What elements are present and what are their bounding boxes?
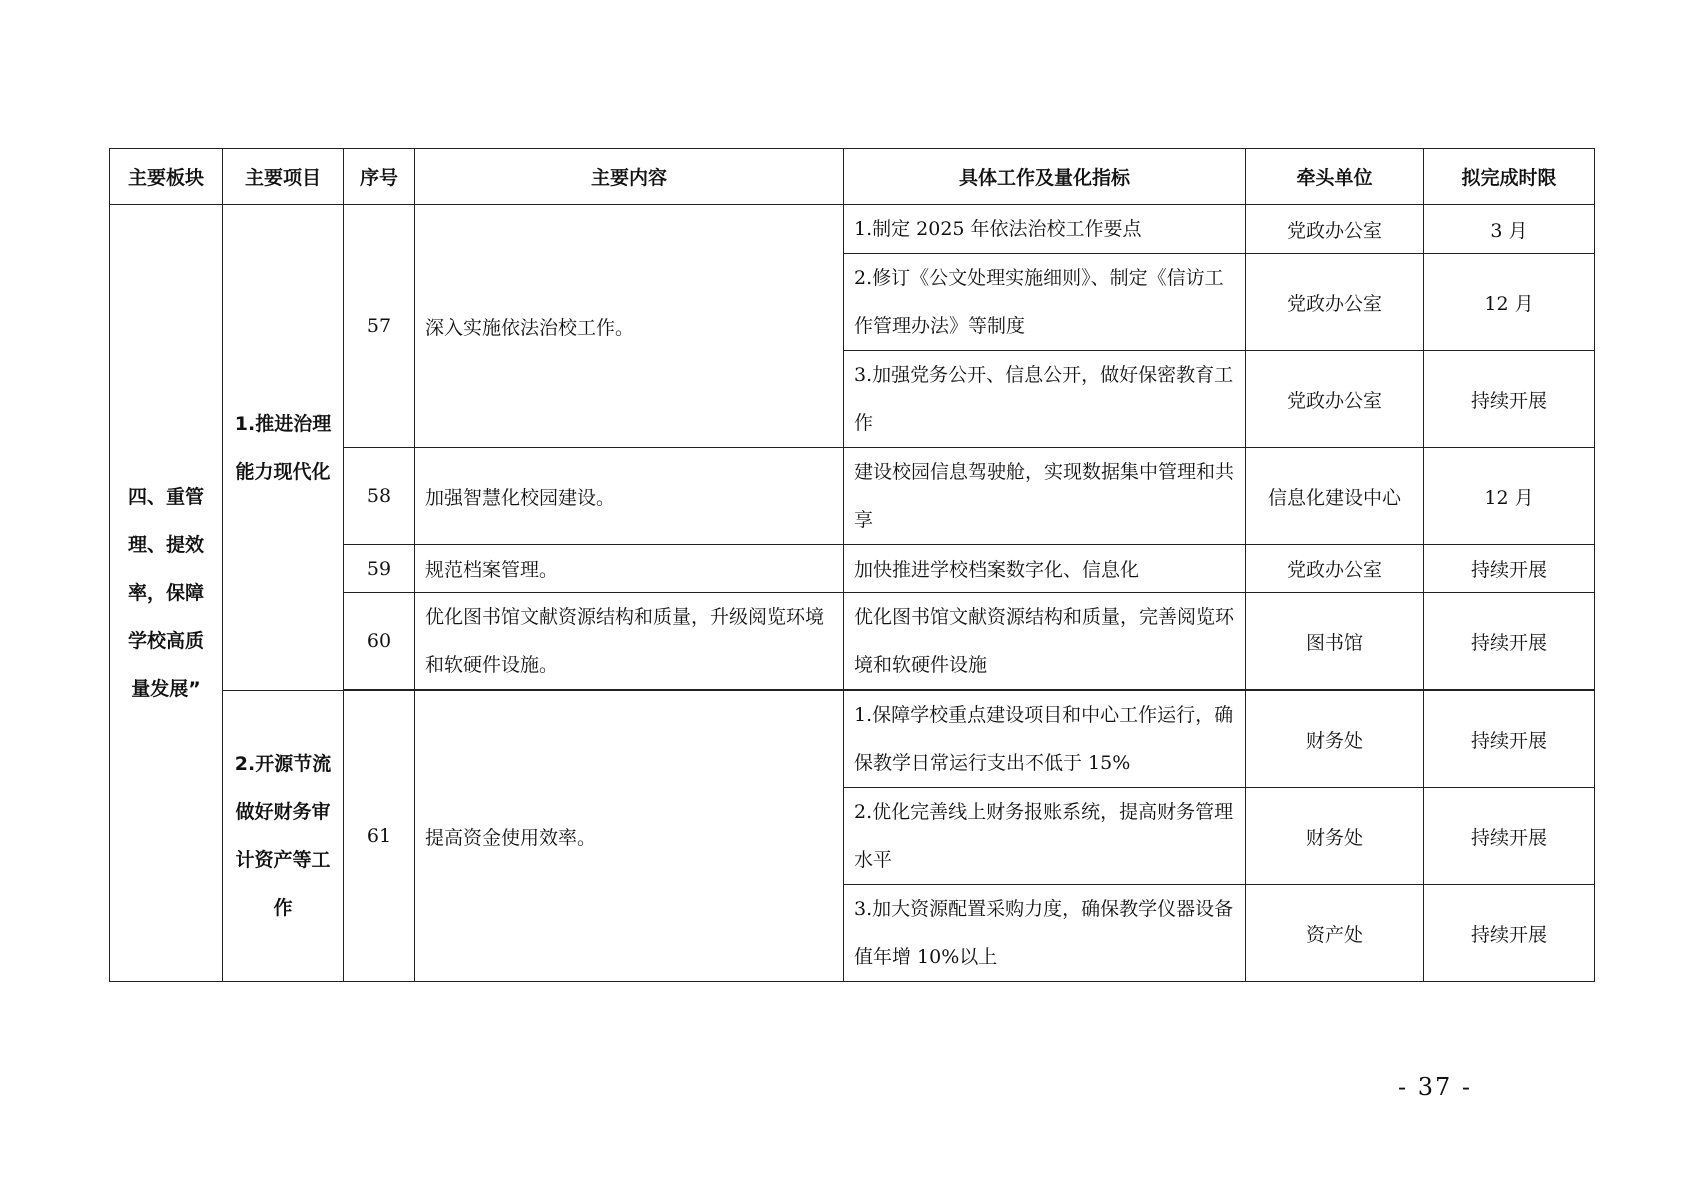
header-content: 主要内容 [415, 149, 844, 205]
deadline-cell: 持续开展 [1424, 788, 1595, 885]
unit-cell: 党政办公室 [1246, 205, 1424, 254]
project-cell: 2.开源节流做好财务审计资产等工作 [223, 691, 344, 982]
table-row: 2.开源节流做好财务审计资产等工作 61 提高资金使用效率。 1.保障学校重点建… [110, 691, 1595, 788]
task-cell: 优化图书馆文献资源结构和质量，完善阅览环境和软硬件设施 [844, 593, 1246, 690]
main-content: 深入实施依法治校工作。 [415, 205, 844, 448]
header-no: 序号 [344, 149, 415, 205]
task-cell: 2.优化完善线上财务报账系统，提高财务管理水平 [844, 788, 1246, 885]
task-cell: 2.修订《公文处理实施细则》、制定《信访工作管理办法》等制度 [844, 254, 1246, 351]
main-content: 规范档案管理。 [415, 545, 844, 593]
unit-cell: 党政办公室 [1246, 254, 1424, 351]
page-number: - 37 - [1398, 1073, 1472, 1101]
main-content: 优化图书馆文献资源结构和质量，升级阅览环境和软硬件设施。 [415, 593, 844, 690]
task-cell: 3.加大资源配置采购力度，确保教学仪器设备值年增 10%以上 [844, 885, 1246, 982]
row-number: 57 [344, 205, 415, 448]
unit-cell: 资产处 [1246, 885, 1424, 982]
unit-cell: 财务处 [1246, 788, 1424, 885]
row-number: 60 [344, 593, 415, 690]
task-cell: 1.制定 2025 年依法治校工作要点 [844, 205, 1246, 254]
deadline-cell: 12 月 [1424, 254, 1595, 351]
task-cell: 1.保障学校重点建设项目和中心工作运行，确保教学日常运行支出不低于 15% [844, 691, 1246, 788]
deadline-cell: 持续开展 [1424, 885, 1595, 982]
unit-cell: 信息化建设中心 [1246, 448, 1424, 545]
row-number: 58 [344, 448, 415, 545]
deadline-cell: 持续开展 [1424, 691, 1595, 788]
main-content: 提高资金使用效率。 [415, 691, 844, 982]
header-deadline: 拟完成时限 [1424, 149, 1595, 205]
header-unit: 牵头单位 [1246, 149, 1424, 205]
section-cell: 四、重管理、提效率，保障学校高质量发展” [110, 205, 223, 982]
task-cell: 3.加强党务公开、信息公开，做好保密教育工作 [844, 351, 1246, 448]
table-row: 四、重管理、提效率，保障学校高质量发展” 1.推进治理能力现代化 57 深入实施… [110, 205, 1595, 254]
unit-cell: 图书馆 [1246, 593, 1424, 690]
task-cell: 建设校园信息驾驶舱，实现数据集中管理和共享 [844, 448, 1246, 545]
unit-cell: 党政办公室 [1246, 351, 1424, 448]
header-project: 主要项目 [223, 149, 344, 205]
work-plan-table: 主要板块 主要项目 序号 主要内容 具体工作及量化指标 牵头单位 拟完成时限 四… [109, 148, 1595, 982]
task-cell: 加快推进学校档案数字化、信息化 [844, 545, 1246, 593]
main-content: 加强智慧化校园建设。 [415, 448, 844, 545]
unit-cell: 财务处 [1246, 691, 1424, 788]
row-number: 59 [344, 545, 415, 593]
unit-cell: 党政办公室 [1246, 545, 1424, 593]
header-task: 具体工作及量化指标 [844, 149, 1246, 205]
deadline-cell: 3 月 [1424, 205, 1595, 254]
header-row: 主要板块 主要项目 序号 主要内容 具体工作及量化指标 牵头单位 拟完成时限 [110, 149, 1595, 205]
row-number: 61 [344, 691, 415, 982]
deadline-cell: 12 月 [1424, 448, 1595, 545]
project-cell: 1.推进治理能力现代化 [223, 205, 344, 691]
deadline-cell: 持续开展 [1424, 593, 1595, 690]
deadline-cell: 持续开展 [1424, 545, 1595, 593]
deadline-cell: 持续开展 [1424, 351, 1595, 448]
header-section: 主要板块 [110, 149, 223, 205]
